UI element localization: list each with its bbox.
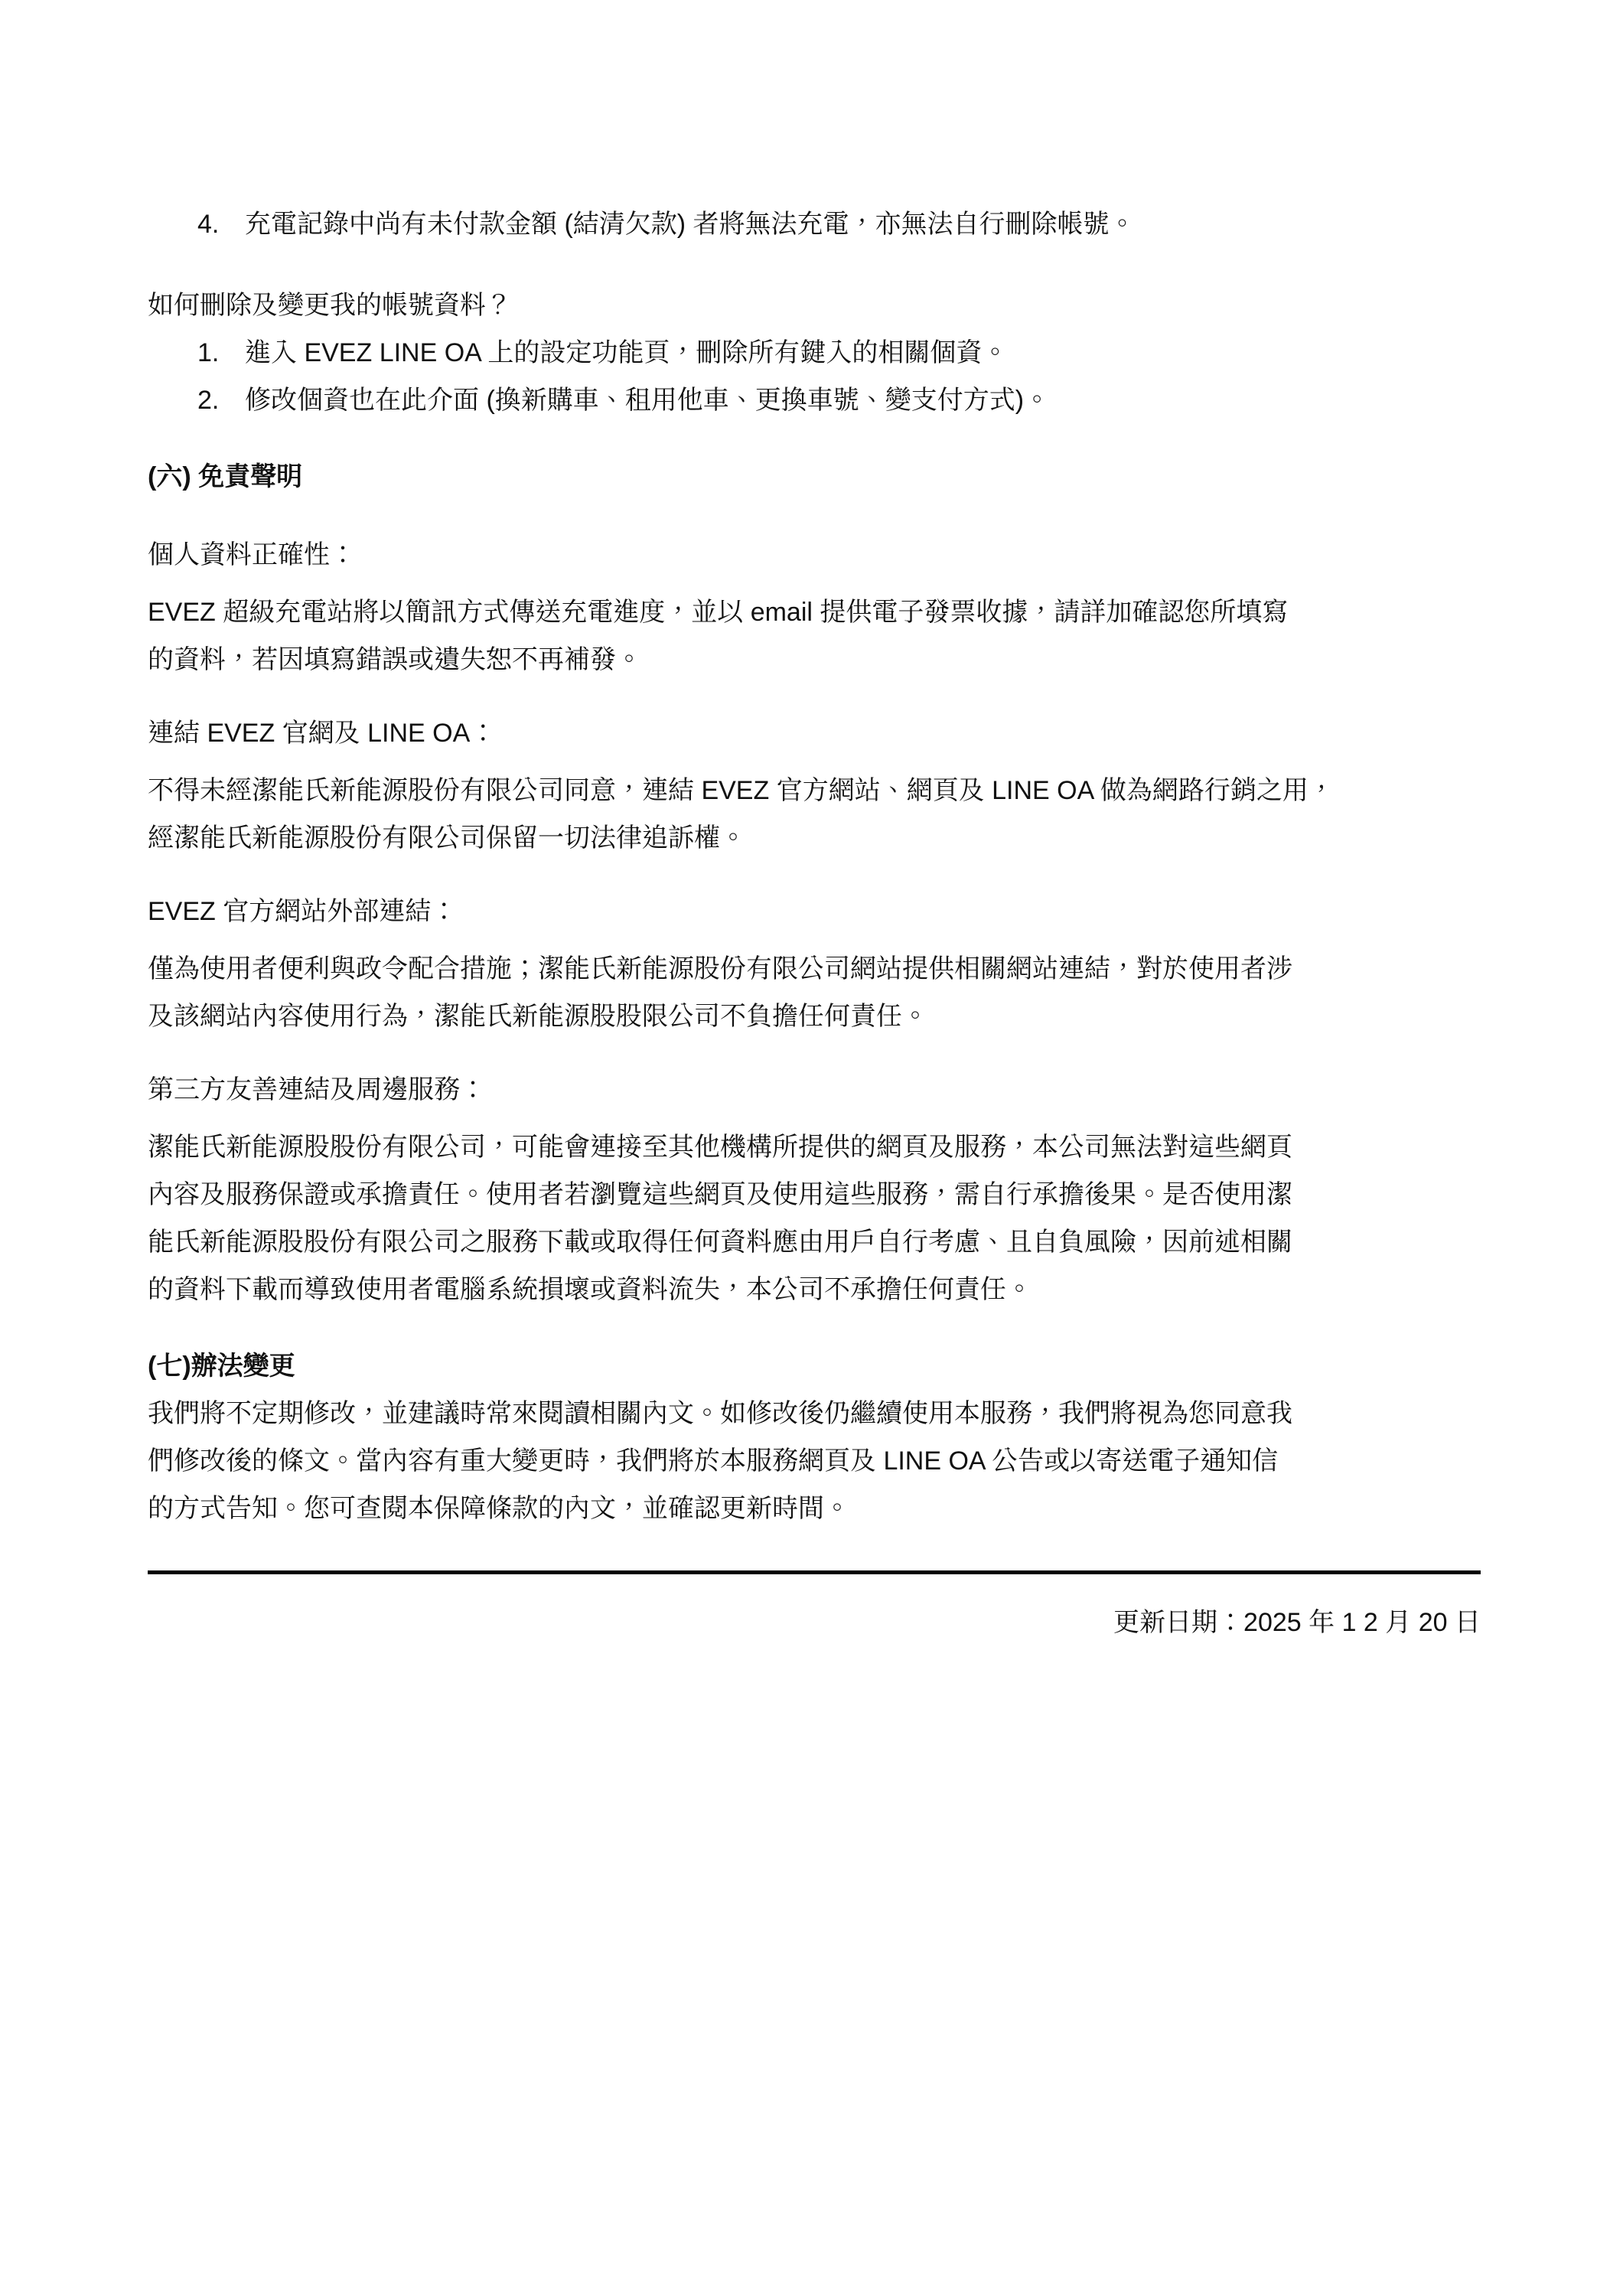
subsection-body: 潔能氏新能源股股份有限公司，可能會連接至其他機構所提供的網頁及服務，本公司無法對… — [148, 1124, 1481, 1313]
subsection-label: EVEZ 官方網站外部連結： — [148, 888, 1481, 935]
subsection-body: 不得未經潔能氏新能源股份有限公司同意，連結 EVEZ 官方網站、網頁及 LINE… — [148, 767, 1481, 862]
subsection-third-party: 第三方友善連結及周邊服務： 潔能氏新能源股股份有限公司，可能會連接至其他機構所提… — [148, 1066, 1481, 1313]
list-item-text: 充電記錄中尚有未付款金額 (結清欠款) 者將無法充電，亦無法自行刪除帳號。 — [245, 201, 1481, 248]
list-item-text: 進入 EVEZ LINE OA 上的設定功能頁，刪除所有鍵入的相關個資。 — [245, 329, 1481, 377]
steps-list: 1. 進入 EVEZ LINE OA 上的設定功能頁，刪除所有鍵入的相關個資。 … — [148, 329, 1481, 424]
list-number: 4. — [197, 201, 245, 248]
update-date: 更新日期：2025 年 1 2 月 20 日 — [148, 1599, 1481, 1646]
section-6-heading: (六) 免責聲明 — [148, 453, 1481, 501]
subsection-body: EVEZ 超級充電站將以簡訊方式傳送充電進度，並以 email 提供電子發票收據… — [148, 589, 1481, 683]
footer-divider — [148, 1570, 1481, 1574]
subsection-label: 連結 EVEZ 官網及 LINE OA： — [148, 709, 1481, 757]
list-item-4: 4. 充電記錄中尚有未付款金額 (結清欠款) 者將無法充電，亦無法自行刪除帳號。 — [148, 201, 1481, 248]
question-heading: 如何刪除及變更我的帳號資料？ — [148, 282, 1481, 329]
list-item-1: 1. 進入 EVEZ LINE OA 上的設定功能頁，刪除所有鍵入的相關個資。 — [148, 329, 1481, 377]
list-number: 2. — [197, 377, 245, 424]
subsection-body: 僅為使用者便利與政令配合措施；潔能氏新能源股份有限公司網站提供相關網站連結，對於… — [148, 945, 1481, 1040]
subsection-label: 個人資料正確性： — [148, 531, 1481, 579]
subsection-personal-data: 個人資料正確性： EVEZ 超級充電站將以簡訊方式傳送充電進度，並以 email… — [148, 531, 1481, 683]
subsection-label: 第三方友善連結及周邊服務： — [148, 1066, 1481, 1114]
document-page: 4. 充電記錄中尚有未付款金額 (結清欠款) 者將無法充電，亦無法自行刪除帳號。… — [0, 0, 1623, 2296]
section-7-heading: (七)辦法變更 — [148, 1342, 1481, 1390]
subsection-link-official-site: 連結 EVEZ 官網及 LINE OA： 不得未經潔能氏新能源股份有限公司同意，… — [148, 709, 1481, 862]
subsection-external-links: EVEZ 官方網站外部連結： 僅為使用者便利與政令配合措施；潔能氏新能源股份有限… — [148, 888, 1481, 1040]
list-item-text: 修改個資也在此介面 (換新購車、租用他車、更換車號、變支付方式)。 — [245, 377, 1481, 424]
section-7-body: 我們將不定期修改，並建議時常來閱讀相關內文。如修改後仍繼續使用本服務，我們將視為… — [148, 1390, 1481, 1532]
list-item-2: 2. 修改個資也在此介面 (換新購車、租用他車、更換車號、變支付方式)。 — [148, 377, 1481, 424]
list-number: 1. — [197, 329, 245, 377]
